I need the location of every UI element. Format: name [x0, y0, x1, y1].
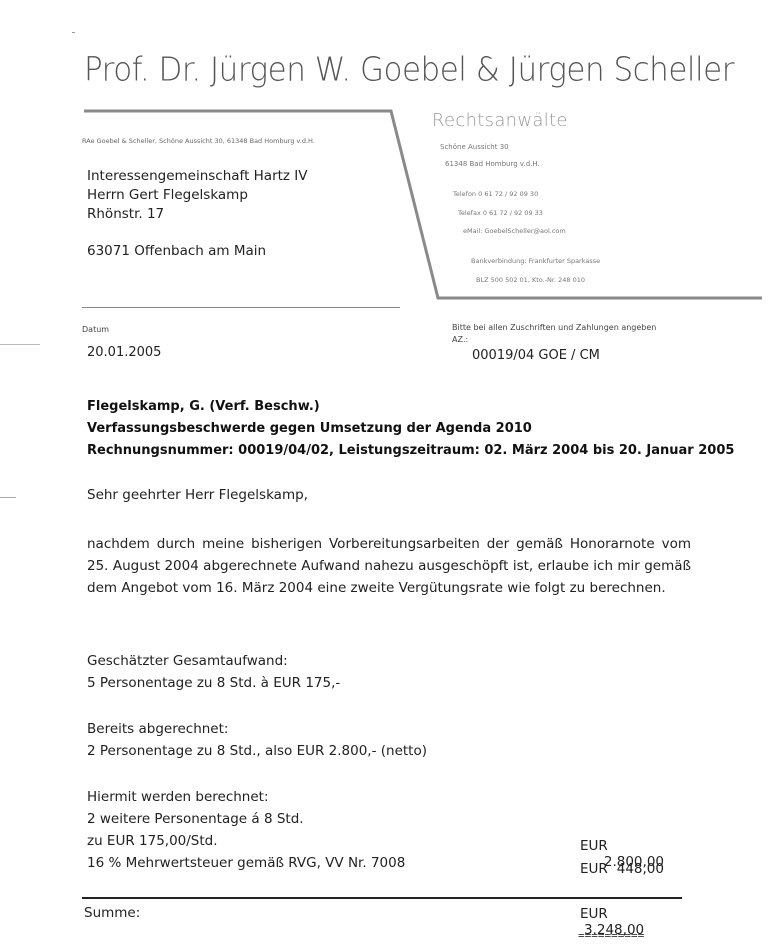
billed-block: Bereits abgerechnet: 2 Personentage zu 8… — [87, 718, 487, 762]
total-label: Summe: — [84, 902, 140, 924]
firm-email: eMail: GoebelScheller@aol.com — [463, 227, 566, 235]
firm-phone: Telefon 0 61 72 / 92 09 30 — [453, 190, 538, 198]
body-paragraph: nachdem durch meine bisherigen Vorbereit… — [87, 533, 691, 599]
recipient-city: 63071 Offenbach am Main — [87, 242, 308, 261]
subject-invoice-number: Rechnungsnummer: 00019/04/02, Leistungsz… — [87, 440, 734, 462]
subject-case: Flegelskamp, G. (Verf. Beschw.) — [87, 396, 734, 418]
vat-amount: EUR 448,00 — [580, 861, 664, 877]
vat-currency: EUR — [580, 861, 608, 877]
invoice-block: Hiermit werden berechnet: 2 weitere Pers… — [87, 786, 507, 874]
estimate-heading: Geschätzter Gesamtaufwand: — [87, 650, 427, 672]
address-divider — [82, 307, 400, 308]
estimate-block: Geschätzter Gesamtaufwand: 5 Personentag… — [87, 650, 427, 694]
scan-speck — [72, 32, 75, 33]
firm-city: 61348 Bad Homburg v.d.H. — [445, 160, 540, 168]
firm-fax: Telefax 0 61 72 / 92 09 33 — [458, 209, 543, 217]
recipient-street: Rhönstr. 17 — [87, 205, 308, 224]
invoice-line-days: 2 weitere Personentage á 8 Std. — [87, 808, 507, 830]
reference-label: AZ.: — [452, 335, 468, 344]
invoice-heading: Hiermit werden berechnet: — [87, 786, 507, 808]
recipient-name: Herrn Gert Flegelskamp — [87, 186, 308, 205]
sender-return-address: RAe Goebel & Scheller, Schöne Aussicht 3… — [82, 137, 315, 145]
billed-heading: Bereits abgerechnet: — [87, 718, 487, 740]
reference-value: 00019/04 GOE / CM — [472, 348, 600, 363]
estimate-detail: 5 Personentage zu 8 Std. à EUR 175,- — [87, 672, 427, 694]
firm-bank-account: BLZ 500 502 01, Kto.-Nr. 248 010 — [476, 276, 585, 284]
recipient-address: Interessengemeinschaft Hartz IV Herrn Ge… — [87, 167, 308, 261]
firm-type: Rechtsanwälte — [432, 110, 568, 131]
letterhead-frame — [0, 0, 768, 320]
recipient-organization: Interessengemeinschaft Hartz IV — [87, 167, 308, 186]
firm-street: Schöne Aussicht 30 — [440, 143, 509, 151]
invoice-line-vat: 16 % Mehrwertsteuer gemäß RVG, VV Nr. 70… — [87, 852, 507, 874]
salutation: Sehr geehrter Herr Flegelskamp, — [87, 484, 308, 506]
firm-bank: Bankverbindung: Frankfurter Sparkasse — [471, 257, 600, 265]
invoice-line-rate: zu EUR 175,00/Std. — [87, 830, 507, 852]
fold-mark — [0, 344, 40, 345]
letterhead-frame-graphic — [0, 0, 768, 320]
total-currency: EUR — [580, 906, 608, 922]
vat-value: 448,00 — [617, 861, 664, 877]
total-double-underline: ========== — [578, 929, 644, 942]
billed-detail: 2 Personentage zu 8 Std., also EUR 2.800… — [87, 740, 487, 762]
date-value: 20.01.2005 — [87, 345, 161, 360]
subject-matter: Verfassungsbeschwerde gegen Umsetzung de… — [87, 418, 734, 440]
date-label: Datum — [82, 325, 109, 334]
total-divider — [82, 897, 682, 899]
subject-block: Flegelskamp, G. (Verf. Beschw.) Verfassu… — [87, 396, 734, 462]
reference-note: Bitte bei allen Zuschriften und Zahlunge… — [452, 323, 656, 332]
net-currency: EUR — [580, 838, 608, 854]
fold-mark — [0, 497, 16, 498]
